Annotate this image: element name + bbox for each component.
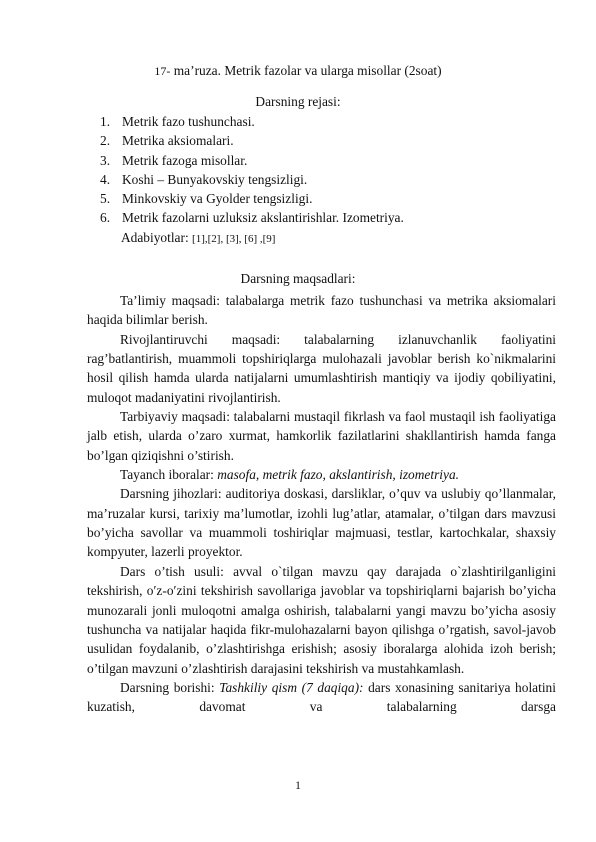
process-label: Darsning borishi: (120, 680, 215, 695)
goals-heading: Darsning maqsadlari: (0, 271, 596, 287)
process-italic: Tashkiliy qism (7 daqiqa): (219, 680, 363, 695)
body-text: Ta’limiy maqsadi: talabalarga metrik faz… (87, 291, 556, 717)
references: Adabiyotlar: [1],[2], [3], [6] ,[9] (121, 230, 275, 246)
plan-list: 1.Metrik fazo tushunchasi. 2.Metrika aks… (100, 112, 404, 228)
lecture-title-text: ma’ruza. Metrik fazolar va ularga misoll… (174, 63, 442, 78)
plan-item: 2.Metrika aksiomalari. (100, 131, 404, 150)
keywords-paragraph: Tayanch iboralar: masofa, metrik fazo, a… (87, 465, 556, 484)
process-paragraph: Darsning borishi: Tashkiliy qism (7 daqi… (87, 678, 556, 717)
references-list: [1],[2], [3], [6] ,[9] (192, 233, 275, 245)
page-number: 1 (0, 780, 596, 792)
keywords: masofa, metrik fazo, akslantirish, izome… (217, 467, 459, 482)
upbringing-goal: Tarbiyaviy maqsadi: talabalarni mustaqil… (87, 407, 556, 465)
plan-item: 1.Metrik fazo tushunchasi. (100, 112, 404, 131)
plan-item: 3.Metrik fazoga misollar. (100, 151, 404, 170)
plan-item: 5.Minkovskiy va Gyolder tengsizligi. (100, 189, 404, 208)
method-paragraph: Dars o’tish usuli: avval o`tilgan mavzu … (87, 562, 556, 678)
educational-goal: Ta’limiy maqsadi: talabalarga metrik faz… (87, 291, 556, 330)
lecture-title: 17- ma’ruza. Metrik fazolar va ularga mi… (0, 63, 596, 79)
lecture-number: 17- (154, 64, 170, 78)
keywords-label: Tayanch iboralar: (120, 467, 214, 482)
references-label: Adabiyotlar: (121, 230, 189, 245)
plan-item: 6.Metrik fazolarni uzluksiz akslantirish… (100, 208, 404, 227)
plan-item: 4.Koshi – Bunyakovskiy tengsizligi. (100, 170, 404, 189)
plan-heading: Darsning rejasi: (0, 94, 596, 110)
equipment-paragraph: Darsning jihozlari: auditoriya doskasi, … (87, 484, 556, 561)
developmental-goal: Rivojlantiruvchi maqsadi: talabalarning … (87, 330, 556, 407)
document-page: 17- ma’ruza. Metrik fazolar va ularga mi… (0, 0, 596, 842)
